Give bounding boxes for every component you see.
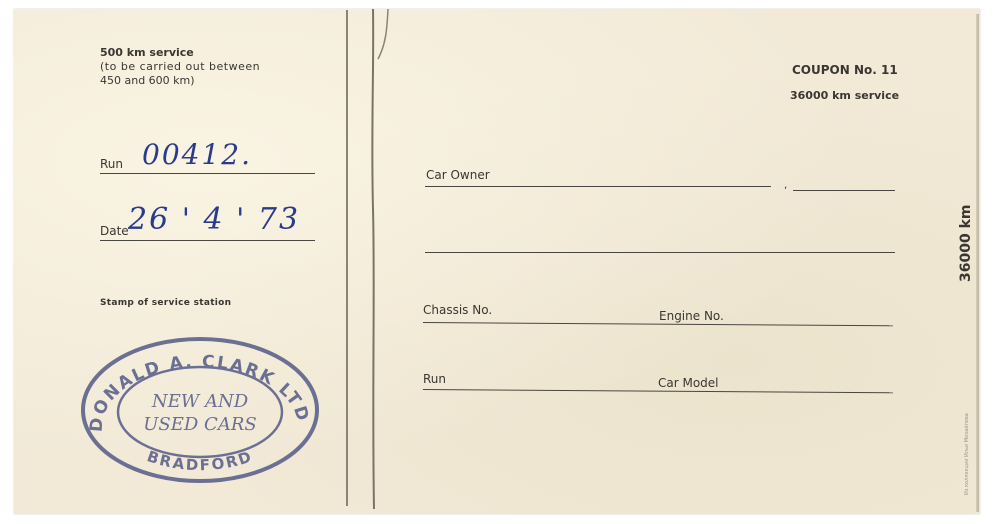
- car-owner-comma: ,: [784, 180, 787, 191]
- run-line: [100, 173, 315, 174]
- engine-label: Engine No.: [659, 309, 724, 323]
- coupon-subtitle: 36000 km service: [790, 89, 899, 102]
- date-label: Date: [100, 224, 129, 238]
- run-handwritten-value[interactable]: 00412.: [142, 138, 252, 171]
- stamp-inner-line-2: USED CARS: [143, 414, 256, 435]
- stamp-label: Stamp of service station: [100, 298, 231, 308]
- date-handwritten-value[interactable]: 26 ' 4 ' 73: [128, 202, 300, 237]
- run-label: Run: [100, 157, 123, 171]
- service-station-stamp: DONALD A. CLARK LTD. BRADFORD NEW AND US…: [80, 335, 320, 485]
- car-owner-line-2[interactable]: [793, 190, 895, 191]
- perforation-tear: [360, 9, 400, 509]
- collection-watermark: Из коллекции Ильи Михайлова: [964, 413, 970, 495]
- fold-line-left: [346, 10, 348, 506]
- service-heading: 500 km service: [100, 46, 194, 59]
- service-subheading-2: 450 and 600 km): [100, 74, 195, 87]
- stamp-inner-line-1: NEW AND: [151, 391, 249, 412]
- sheet-edge: [976, 14, 979, 512]
- svg-text:BRADFORD: BRADFORD: [145, 447, 255, 474]
- date-line: [100, 240, 315, 241]
- coupon-title: COUPON No. 11: [792, 63, 898, 77]
- car-model-label: Car Model: [658, 376, 719, 390]
- service-subheading-1: (to be carried out between: [100, 60, 260, 73]
- run-field-label: Run: [423, 372, 446, 386]
- car-owner-label: Car Owner: [426, 168, 490, 182]
- address-line[interactable]: [425, 252, 895, 253]
- car-owner-line[interactable]: [425, 186, 771, 187]
- stamp-bottom-text: BRADFORD: [145, 447, 255, 474]
- side-km-label: 36000 km: [958, 205, 974, 282]
- chassis-label: Chassis No.: [423, 303, 492, 317]
